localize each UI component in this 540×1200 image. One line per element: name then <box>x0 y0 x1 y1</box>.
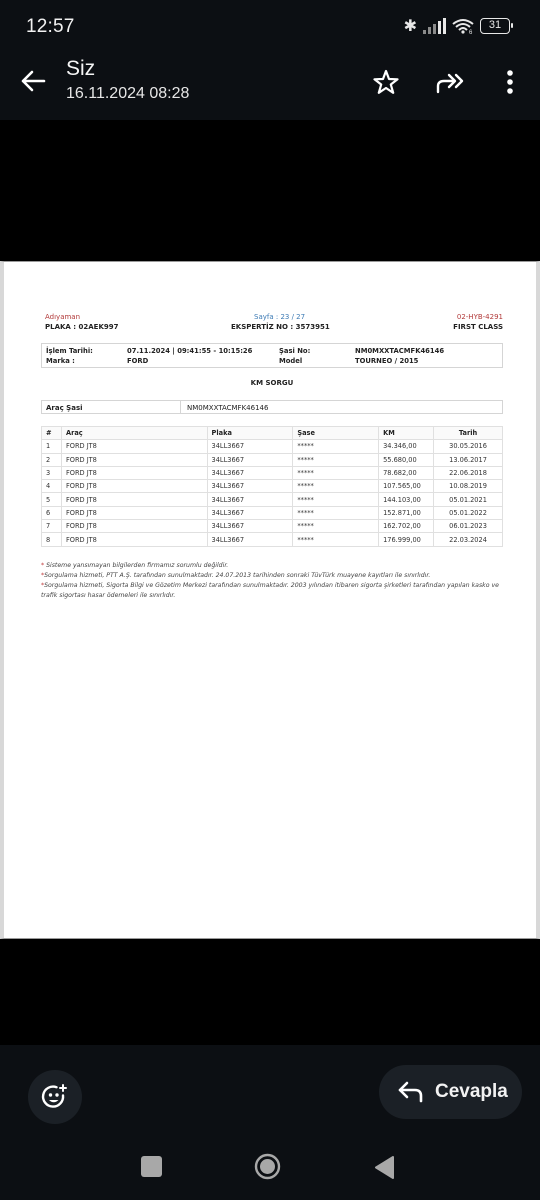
table-header-row: #AraçPlakaŞaseKMTarih <box>42 427 503 440</box>
footnote-text: Sorgulama hizmeti, PTT A.Ş. tarafından s… <box>44 572 430 579</box>
table-cell: 144.103,00 <box>379 493 434 506</box>
section-title: KM SORGU <box>41 379 503 391</box>
status-icons: ✱ 6 31 <box>404 16 510 36</box>
table-cell: 34LL3667 <box>207 466 293 479</box>
table-cell: 4 <box>42 480 62 493</box>
footnotes: * Sisteme yansımayan bilgilerden firmamı… <box>41 561 503 601</box>
table-cell: 34LL3667 <box>207 506 293 519</box>
table-cell: 152.871,00 <box>379 506 434 519</box>
column-header: Şase <box>293 427 379 440</box>
star-icon[interactable] <box>372 68 400 96</box>
table-cell: 8 <box>42 533 62 546</box>
svg-text:6: 6 <box>469 30 473 34</box>
table-row: 7FORD JT834LL3667*****162.702,0006.01.20… <box>42 520 503 533</box>
table-cell: 162.702,00 <box>379 520 434 533</box>
recents-square-icon[interactable] <box>141 1156 162 1177</box>
table-cell: 107.565,00 <box>379 480 434 493</box>
home-circle-icon[interactable] <box>254 1153 281 1180</box>
page-indicator: Sayfa : 23 / 27 <box>254 313 305 321</box>
forward-all-icon[interactable] <box>434 68 466 96</box>
info-box: İşlem Tarihi: 07.11.2024 | 09:41:55 - 10… <box>41 343 503 368</box>
table-cell: 3 <box>42 466 62 479</box>
plate: PLAKA : 02AEK997 <box>45 323 119 331</box>
table-cell: FORD JT8 <box>61 453 207 466</box>
wifi-icon: 6 <box>452 18 474 34</box>
marka-value: FORD <box>127 357 148 365</box>
table-cell: 34LL3667 <box>207 493 293 506</box>
table-cell: 5 <box>42 493 62 506</box>
sasi-value: NM0MXXTACMFK46146 <box>355 347 444 355</box>
branch-code: 02-HYB-4291 <box>457 313 503 321</box>
model-label: Model <box>279 357 302 365</box>
table-cell: 34LL3667 <box>207 480 293 493</box>
document-content: Adıyaman PLAKA : 02AEK997 Sayfa : 23 / 2… <box>41 313 503 601</box>
table-row: 6FORD JT834LL3667*****152.871,0005.01.20… <box>42 506 503 519</box>
model-value: TOURNEO / 2015 <box>355 357 418 365</box>
table-row: 5FORD JT834LL3667*****144.103,0005.01.20… <box>42 493 503 506</box>
footnote-text: Sisteme yansımayan bilgilerden firmamız … <box>46 562 228 569</box>
document-image[interactable]: Adıyaman PLAKA : 02AEK997 Sayfa : 23 / 2… <box>0 261 540 939</box>
top-bar: 12:57 ✱ 6 31 Siz 16.11.2024 08:28 <box>0 0 540 120</box>
footnote-text: Sorgulama hizmeti, Sigorta Bilgi ve Göze… <box>41 582 499 599</box>
table-cell: ***** <box>293 480 379 493</box>
table-cell: 2 <box>42 453 62 466</box>
table-cell: FORD JT8 <box>61 480 207 493</box>
table-row: 3FORD JT834LL3667*****78.682,0022.06.201… <box>42 466 503 479</box>
table-cell: 1 <box>42 440 62 453</box>
reply-icon <box>397 1080 425 1104</box>
table-row: 1FORD JT834LL3667*****34.346,0030.05.201… <box>42 440 503 453</box>
column-header: Plaka <box>207 427 293 440</box>
arac-sasi-value: NM0MXXTACMFK46146 <box>181 401 274 413</box>
table-cell: 34LL3667 <box>207 520 293 533</box>
table-cell: 30.05.2016 <box>434 440 503 453</box>
bottom-bar: Cevapla <box>0 1045 540 1200</box>
bluetooth-icon: ✱ <box>404 16 417 36</box>
reply-button[interactable]: Cevapla <box>379 1065 522 1119</box>
footnote: * Sisteme yansımayan bilgilerden firmamı… <box>41 561 503 571</box>
ekspertiz-no: EKSPERTİZ NO : 3573951 <box>231 323 330 331</box>
footnote: *Sorgulama hizmeti, Sigorta Bilgi ve Göz… <box>41 581 503 601</box>
add-reaction-icon <box>41 1083 69 1111</box>
table-cell: ***** <box>293 533 379 546</box>
add-reaction-button[interactable] <box>28 1070 82 1124</box>
table-cell: 7 <box>42 520 62 533</box>
table-cell: ***** <box>293 520 379 533</box>
table-cell: 78.682,00 <box>379 466 434 479</box>
table-cell: 34LL3667 <box>207 533 293 546</box>
table-cell: ***** <box>293 466 379 479</box>
islem-label: İşlem Tarihi: <box>46 347 93 355</box>
sasi-label: Şasi No: <box>279 347 310 355</box>
table-cell: 13.06.2017 <box>434 453 503 466</box>
marka-label: Marka : <box>46 357 75 365</box>
footnote: *Sorgulama hizmeti, PTT A.Ş. tarafından … <box>41 571 503 581</box>
table-cell: 22.06.2018 <box>434 466 503 479</box>
column-header: # <box>42 427 62 440</box>
column-header: KM <box>379 427 434 440</box>
status-time: 12:57 <box>26 16 75 38</box>
arac-sasi-label: Araç Şasi <box>42 401 181 413</box>
table-cell: FORD JT8 <box>61 506 207 519</box>
table-cell: 34LL3667 <box>207 440 293 453</box>
reply-label: Cevapla <box>435 1081 508 1103</box>
table-cell: 22.03.2024 <box>434 533 503 546</box>
table-cell: 05.01.2021 <box>434 493 503 506</box>
table-cell: 10.08.2019 <box>434 480 503 493</box>
arac-sasi-row: Araç Şasi NM0MXXTACMFK46146 <box>41 400 503 414</box>
table-cell: ***** <box>293 506 379 519</box>
table-row: 4FORD JT834LL3667*****107.565,0010.08.20… <box>42 480 503 493</box>
table-cell: ***** <box>293 440 379 453</box>
package-class: FIRST CLASS <box>453 323 503 331</box>
table-cell: 34.346,00 <box>379 440 434 453</box>
table-cell: FORD JT8 <box>61 440 207 453</box>
km-table: #AraçPlakaŞaseKMTarih 1FORD JT834LL3667*… <box>41 426 503 547</box>
sender-name: Siz <box>66 57 95 81</box>
more-vert-icon[interactable] <box>500 68 520 96</box>
document-header: Adıyaman PLAKA : 02AEK997 Sayfa : 23 / 2… <box>41 313 503 335</box>
table-cell: 05.01.2022 <box>434 506 503 519</box>
signal-icon <box>423 18 446 34</box>
column-header: Araç <box>61 427 207 440</box>
table-cell: 34LL3667 <box>207 453 293 466</box>
table-row: 8FORD JT834LL3667*****176.999,0022.03.20… <box>42 533 503 546</box>
islem-value: 07.11.2024 | 09:41:55 - 10:15:26 <box>127 347 252 355</box>
battery-icon: 31 <box>480 18 510 34</box>
column-header: Tarih <box>434 427 503 440</box>
city: Adıyaman <box>45 313 80 321</box>
table-cell: 6 <box>42 506 62 519</box>
sent-date: 16.11.2024 08:28 <box>66 85 189 103</box>
table-cell: FORD JT8 <box>61 520 207 533</box>
table-row: 2FORD JT834LL3667*****55.680,0013.06.201… <box>42 453 503 466</box>
table-cell: ***** <box>293 453 379 466</box>
table-cell: FORD JT8 <box>61 533 207 546</box>
back-arrow-icon[interactable] <box>18 66 48 96</box>
table-cell: ***** <box>293 493 379 506</box>
table-cell: FORD JT8 <box>61 493 207 506</box>
table-cell: 55.680,00 <box>379 453 434 466</box>
table-cell: 06.01.2023 <box>434 520 503 533</box>
back-triangle-icon[interactable] <box>373 1155 395 1180</box>
table-cell: FORD JT8 <box>61 466 207 479</box>
footnote-asterisk: * <box>41 562 44 569</box>
table-cell: 176.999,00 <box>379 533 434 546</box>
